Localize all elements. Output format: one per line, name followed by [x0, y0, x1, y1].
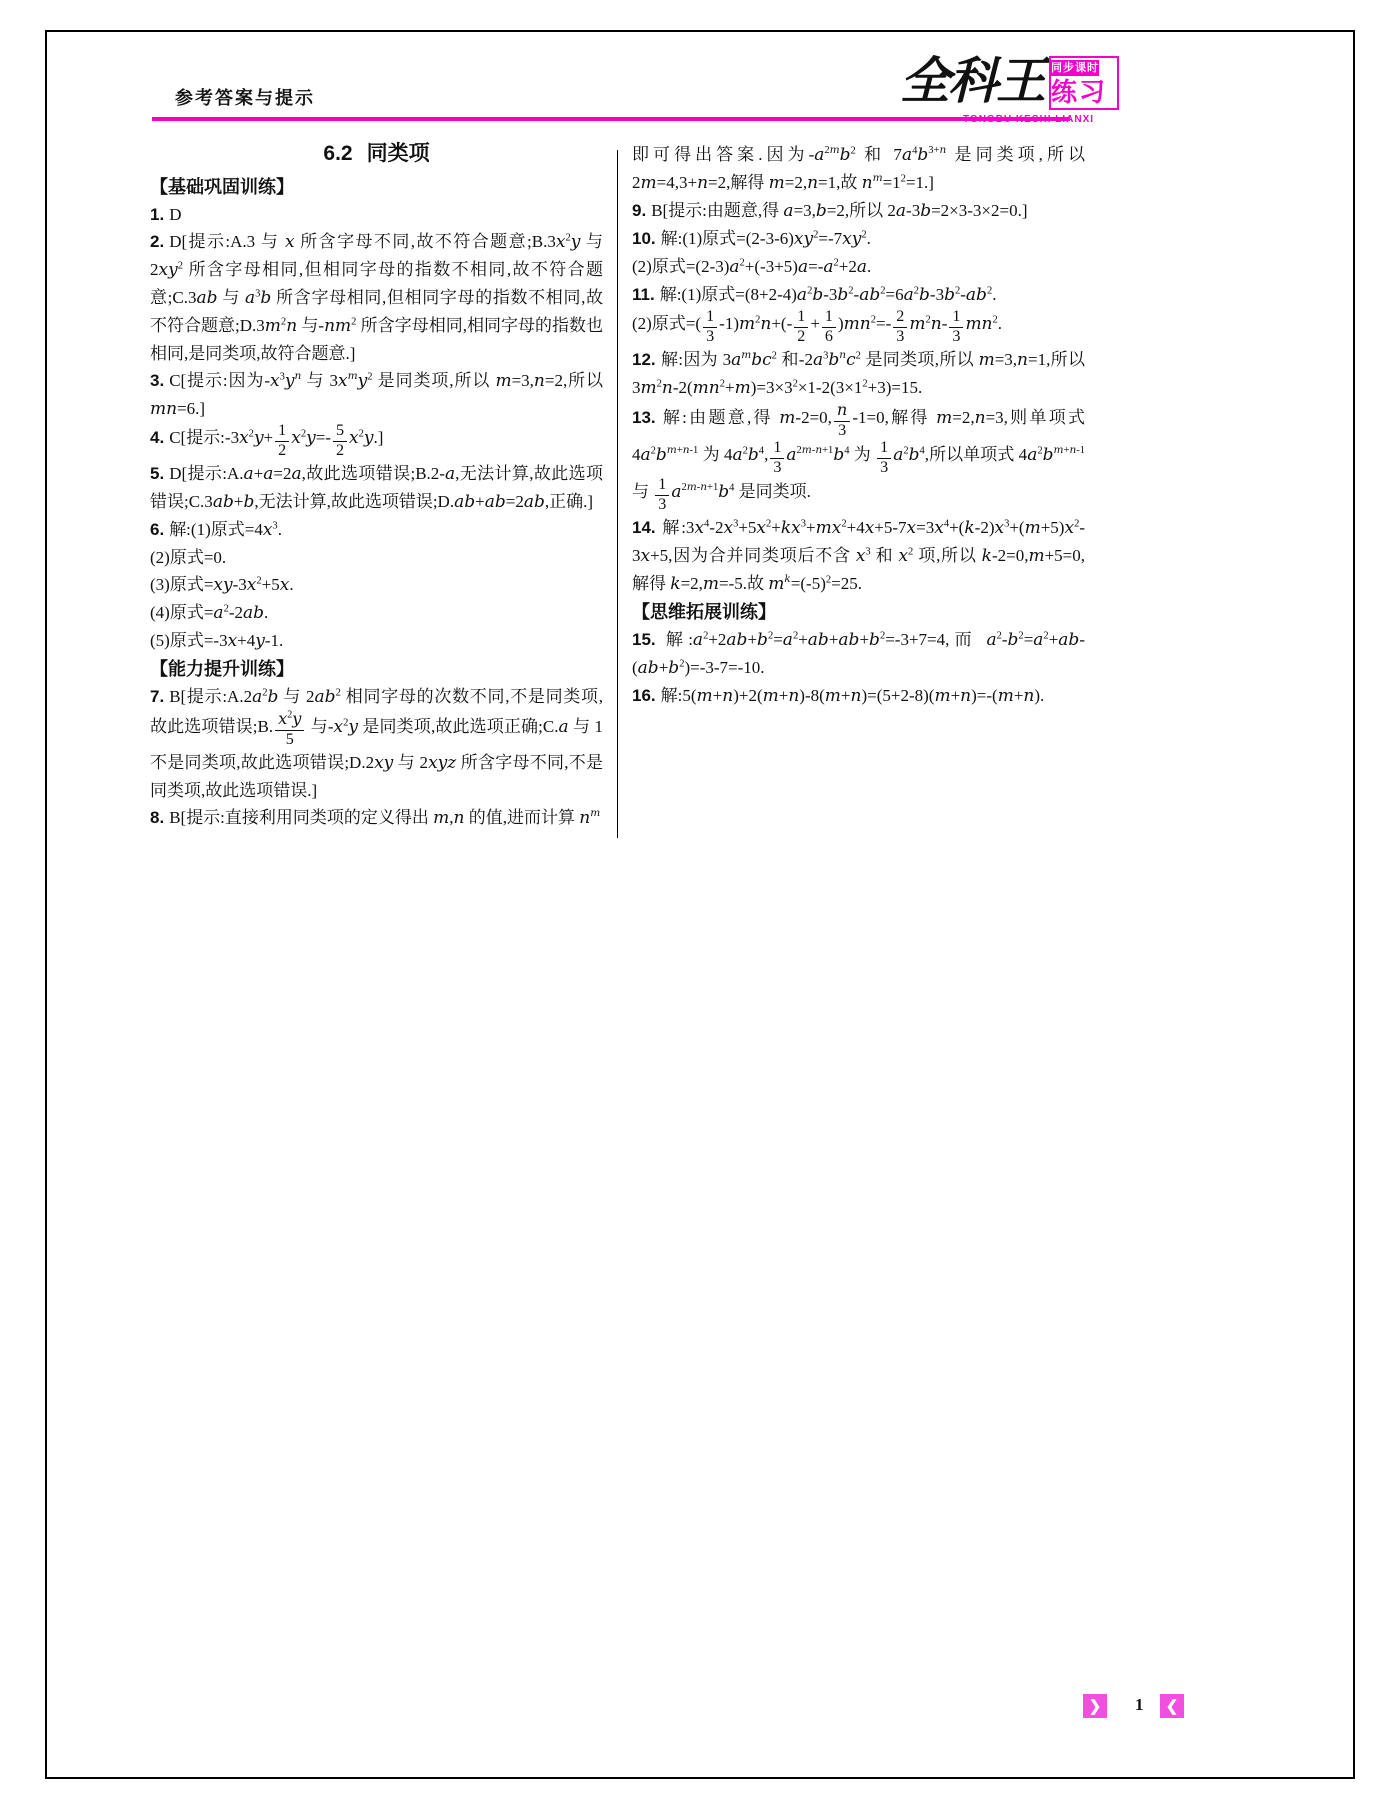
item-body: D[提示:A.a+a=2a,故此选项错误;B.2-a,无法计算,故此选项错误;C…: [150, 464, 603, 511]
item-number: 6.: [150, 520, 164, 539]
page-header-title: 参考答案与提示: [175, 84, 315, 110]
answer-item: 9.B[提示:由题意,得 a=3,b=2,所以 2a-3b=2×3-3×2=0.…: [632, 197, 1085, 225]
answer-item: 4.C[提示:-3x2y+12x2y=-52x2y.]: [150, 423, 603, 460]
item-number: 11.: [632, 285, 655, 304]
answer-item: (4)原式=a2-2ab.: [150, 599, 603, 627]
answer-item: 15.解:a2+2ab+b2=a2+ab+ab+b2=-3+7=4,而 a2-b…: [632, 626, 1085, 682]
item-number: 2.: [150, 232, 164, 251]
item-body: B[提示:由题意,得 a=3,b=2,所以 2a-3b=2×3-3×2=0.]: [651, 201, 1027, 220]
item-number: 14.: [632, 518, 656, 537]
brand-logo-badge-main: 练习: [1051, 77, 1107, 107]
item-body: 即可得出答案.因为-a2mb2 和 7a4b3+n 是同类项,所以 2m=4,3…: [632, 145, 1085, 192]
section-title: 同类项: [367, 141, 430, 165]
section-header: 【能力提升训练】: [150, 655, 603, 683]
section-header: 【思维拓展训练】: [632, 598, 1085, 626]
item-body: 解:5(m+n)+2(m+n)-8(m+n)=(5+2-8)(m+n)=-(m+…: [661, 686, 1045, 705]
section-number: 6.2: [323, 142, 352, 165]
item-number: 4.: [150, 428, 164, 447]
item-body: 解:3x4-2x3+5x2+kx3+mx2+4x+5-7x=3x4+(k-2)x…: [632, 518, 1085, 593]
item-number: 15.: [632, 630, 656, 649]
item-body: 解:a2+2ab+b2=a2+ab+ab+b2=-3+7=4,而 a2-b2=a…: [632, 630, 1085, 677]
answer-item: 16.解:5(m+n)+2(m+n)-8(m+n)=(5+2-8)(m+n)=-…: [632, 682, 1085, 710]
item-number: 5.: [150, 464, 164, 483]
answer-item: 13.解:由题意,得 m-2=0,n3-1=0,解得 m=2,n=3,则单项式 …: [632, 402, 1085, 514]
brand-logo-caption: TONGBU KESHI LIANXI: [963, 114, 1094, 125]
fraction: 13: [770, 440, 784, 477]
answer-item: 1.D: [150, 201, 603, 228]
fraction: 13: [949, 309, 963, 346]
item-body: (4)原式=a2-2ab.: [150, 603, 268, 622]
item-number: 12.: [632, 350, 656, 369]
fraction: 13: [655, 477, 669, 514]
fraction: 12: [275, 423, 289, 460]
answer-item: (2)原式=0.: [150, 544, 603, 571]
answer-item: 即可得出答案.因为-a2mb2 和 7a4b3+n 是同类项,所以 2m=4,3…: [632, 141, 1085, 197]
item-body: 解:由题意,得 m-2=0,n3-1=0,解得 m=2,n=3,则单项式 4a2…: [632, 408, 1085, 501]
fraction: 52: [333, 423, 347, 460]
item-body: D[提示:A.3 与 x 所含字母不同,故不符合题意;B.3x2y 与 2xy2…: [150, 232, 603, 363]
item-body: (2)原式=0.: [150, 548, 226, 567]
item-body: (5)原式=-3x+4y-1.: [150, 631, 283, 650]
item-number: 8.: [150, 808, 164, 827]
item-body: (3)原式=xy-3x2+5x.: [150, 575, 294, 594]
item-body: B[提示:A.2a2b 与 2ab2 相同字母的次数不同,不是同类项,故此选项错…: [150, 687, 603, 800]
item-body: C[提示:因为-x3yn 与 3xmy2 是同类项,所以 m=3,n=2,所以 …: [150, 371, 603, 418]
answer-item: 11.解:(1)原式=(8+2-4)a2b-3b2-ab2=6a2b-3b2-a…: [632, 281, 1085, 309]
answer-item: (3)原式=xy-3x2+5x.: [150, 571, 603, 599]
item-number: 9.: [632, 201, 646, 220]
answer-item: 10.解:(1)原式=(2-3-6)xy2=-7xy2.: [632, 225, 1085, 253]
item-number: 13.: [632, 408, 656, 427]
header-divider-rule: [152, 117, 1070, 121]
fraction: 12: [794, 309, 808, 346]
answer-item: 6.解:(1)原式=4x3.: [150, 516, 603, 544]
item-body: 解:(1)原式=4x3.: [169, 520, 282, 539]
item-body: (2)原式=(2-3)a2+(-3+5)a=-a2+2a.: [632, 257, 871, 276]
fraction: 16: [822, 309, 836, 346]
fraction: 13: [877, 440, 891, 477]
item-number: 10.: [632, 229, 656, 248]
item-body: D: [169, 205, 181, 224]
brand-logo: 全科王 同步课时 练习: [900, 52, 1119, 110]
answer-item: 12.解:因为 3ambc2 和-2a3bnc2 是同类项,所以 m=3,n=1…: [632, 346, 1085, 402]
page-number: 1: [1135, 1695, 1144, 1715]
fraction: 23: [893, 309, 907, 346]
answer-item: 14.解:3x4-2x3+5x2+kx3+mx2+4x+5-7x=3x4+(k-…: [632, 514, 1085, 598]
page-title: 6.2同类项: [150, 138, 603, 169]
fraction: n3: [834, 402, 850, 440]
item-number: 1.: [150, 205, 164, 224]
answer-item: 2.D[提示:A.3 与 x 所含字母不同,故不符合题意;B.3x2y 与 2x…: [150, 228, 603, 367]
answer-item: (5)原式=-3x+4y-1.: [150, 627, 603, 655]
item-body: 解:(1)原式=(8+2-4)a2b-3b2-ab2=6a2b-3b2-ab2.: [660, 285, 997, 304]
item-body: C[提示:-3x2y+12x2y=-52x2y.]: [169, 428, 383, 447]
item-body: B[提示:直接利用同类项的定义得出 m,n 的值,进而计算 nm: [169, 808, 600, 827]
answer-item: 8.B[提示:直接利用同类项的定义得出 m,n 的值,进而计算 nm: [150, 804, 603, 832]
item-number: 7.: [150, 687, 164, 706]
answer-item: (2)原式=(2-3)a2+(-3+5)a=-a2+2a.: [632, 253, 1085, 281]
answers-column-right: 即可得出答案.因为-a2mb2 和 7a4b3+n 是同类项,所以 2m=4,3…: [632, 141, 1085, 710]
section-header: 【基础巩固训练】: [150, 173, 603, 201]
answer-item: 5.D[提示:A.a+a=2a,故此选项错误;B.2-a,无法计算,故此选项错误…: [150, 460, 603, 516]
brand-logo-badge-top: 同步课时: [1051, 60, 1099, 76]
item-number: 3.: [150, 371, 164, 390]
item-body: 解:因为 3ambc2 和-2a3bnc2 是同类项,所以 m=3,n=1,所以…: [632, 350, 1085, 397]
answer-item: 7.B[提示:A.2a2b 与 2ab2 相同字母的次数不同,不是同类项,故此选…: [150, 683, 603, 804]
fraction: x2y5: [275, 711, 304, 749]
column-divider: [617, 150, 618, 838]
brand-logo-badge: 同步课时 练习: [1049, 56, 1119, 110]
item-body: 解:(1)原式=(2-3-6)xy2=-7xy2.: [661, 229, 871, 248]
brand-logo-calligraphy: 全科王: [900, 52, 1044, 110]
next-page-icon: ❯: [1083, 1694, 1107, 1718]
item-body: (2)原式=(13-1)m2n+(-12+16)mn2=-23m2n-13mn2…: [632, 314, 1002, 333]
answers-column-left: 6.2同类项 【基础巩固训练】1.D2.D[提示:A.3 与 x 所含字母不同,…: [150, 138, 603, 832]
answer-item: 3.C[提示:因为-x3yn 与 3xmy2 是同类项,所以 m=3,n=2,所…: [150, 367, 603, 423]
prev-page-icon: ❮: [1160, 1694, 1184, 1718]
item-number: 16.: [632, 686, 656, 705]
fraction: 13: [703, 309, 717, 346]
answer-item: (2)原式=(13-1)m2n+(-12+16)mn2=-23m2n-13mn2…: [632, 309, 1085, 346]
